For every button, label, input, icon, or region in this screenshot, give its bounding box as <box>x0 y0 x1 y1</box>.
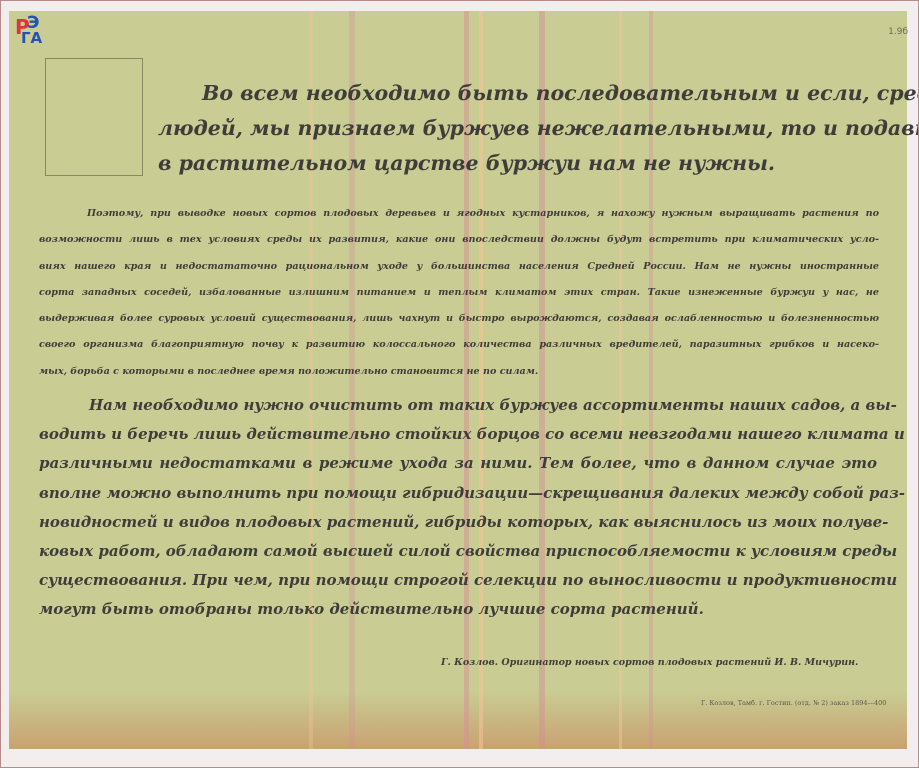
headline-line: Во всем необходимо быть последовательным… <box>158 76 880 111</box>
headline: Во всем необходимо быть последовательным… <box>158 76 880 181</box>
headline-line: людей, мы признаем буржуев нежелательным… <box>158 111 880 146</box>
printer-imprint: Г. Козлов, Тамб. г. Гостип. (отд. № 2) з… <box>701 699 886 707</box>
paragraph-line: своего организма благоприятную почву к р… <box>39 332 879 358</box>
archive-logo: Р Э ГА <box>15 17 45 49</box>
paragraph-line: новидностей и видов плодовых растений, г… <box>39 508 877 537</box>
stamp-placeholder-box <box>45 58 143 176</box>
headline-line: в растительном царстве буржуи нам не нуж… <box>158 146 880 181</box>
paragraph-line: существования. При чем, при помощи строг… <box>39 566 877 595</box>
paragraph-line: ковых работ, обладают самой высшей силой… <box>39 537 877 566</box>
paragraph-1: Поэтому, при выводке новых сортов плодов… <box>39 201 879 385</box>
paragraph-line: различными недостатками в режиме ухода з… <box>39 449 877 478</box>
paragraph-line: вполне можно выполнить при помощи гибрид… <box>39 479 877 508</box>
paragraph-line: мых, борьба с которыми в последнее время… <box>39 359 879 385</box>
paragraph-line: выдерживая более суровых условий существ… <box>39 306 879 332</box>
paragraph-line: Поэтому, при выводке новых сортов плодов… <box>39 201 879 227</box>
paragraph-line: Нам необходимо нужно очистить от таких б… <box>39 391 877 420</box>
signature: Г. Козлов. Оригинатор новых сортов плодо… <box>441 657 858 668</box>
paragraph-line: водить и беречь лишь действительно стойк… <box>39 420 877 449</box>
paragraph-line: сорта западных соседей, избалованные изл… <box>39 280 879 306</box>
paragraph-line: могут быть отобраны только действительно… <box>39 595 877 624</box>
logo-letter-ga: ГА <box>21 31 42 46</box>
paragraph-2: Нам необходимо нужно очистить от таких б… <box>39 391 877 625</box>
paragraph-line: возможности лишь в тех условиях среды их… <box>39 227 879 253</box>
sheet-number: 1.9б <box>888 27 908 37</box>
paragraph-line: виях нашего края и недостататочно рацион… <box>39 254 879 280</box>
